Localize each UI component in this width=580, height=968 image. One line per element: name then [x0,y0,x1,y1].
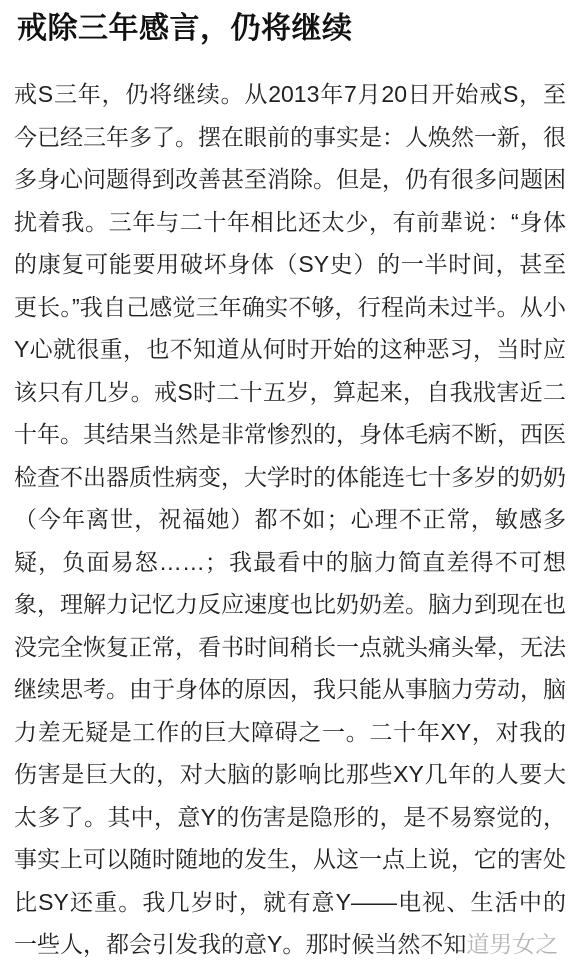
article-body: 戒S三年，仍将继续。从2013年7月20日开始戒S，至今已经三年多了。摆在眼前的… [14,73,566,966]
article-page: 戒除三年感言，仍将继续 戒S三年，仍将继续。从2013年7月20日开始戒S，至今… [0,0,580,968]
article-body-faded-tail: 道男女之 [466,931,558,957]
article-title: 戒除三年感言，仍将继续 [14,13,566,44]
article-body-text: 戒S三年，仍将继续。从2013年7月20日开始戒S，至今已经三年多了。摆在眼前的… [14,81,566,957]
